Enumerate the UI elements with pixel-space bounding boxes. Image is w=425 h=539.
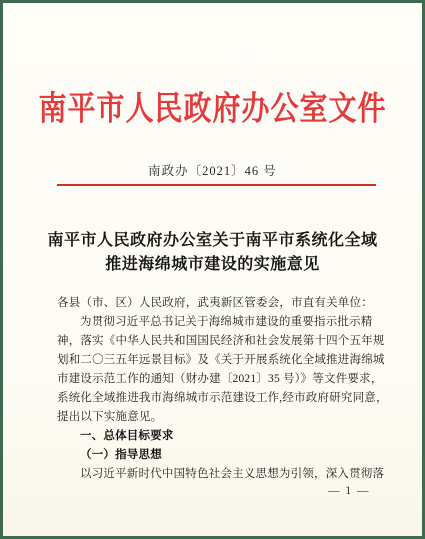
body-line: 为贯彻习近平总书记关于海绵城市建设的重要指示批示精 <box>57 313 379 332</box>
document-number: 南政办〔2021〕46 号 <box>3 161 422 179</box>
document-title-line2: 推进海绵城市建设的实施意见 <box>23 253 402 277</box>
body-line-recipients: 各县（市、区）人民政府，武夷新区管委会，市直有关单位： <box>57 294 379 313</box>
page-number: — 1 — <box>328 485 370 497</box>
body-heading-section-1: 一、总体目标要求 <box>57 427 379 446</box>
body-line: 划和二〇三五年远景目标》及《关于开展系统化全域推进海绵城 <box>57 351 379 370</box>
body-line: 提出以下实施意见。 <box>57 408 379 427</box>
document-title-line1: 南平市人民政府办公室关于南平市系统化全域 <box>23 229 402 253</box>
document-page: 南平市人民政府办公室文件 南政办〔2021〕46 号 南平市人民政府办公室关于南… <box>0 0 425 539</box>
body-line: 神，落实《中华人民共和国国民经济和社会发展第十四个五年规 <box>57 332 379 351</box>
red-divider-rule <box>57 184 376 186</box>
red-header-org-title: 南平市人民政府办公室文件 <box>3 83 422 130</box>
document-body: 各县（市、区）人民政府，武夷新区管委会，市直有关单位： 为贯彻习近平总书记关于海… <box>57 294 379 484</box>
body-heading-subsection-1: （一）指导思想 <box>57 446 379 465</box>
body-line: 系统化全域推进我市海绵城市示范建设工作,经市政府研究同意， <box>57 389 379 408</box>
body-line: 市建设示范工作的通知（财办建〔2021〕35 号）》等文件要求， <box>57 370 379 389</box>
body-line: 以习近平新时代中国特色社会主义思想为引领，深入贯彻落 <box>57 465 379 484</box>
document-title: 南平市人民政府办公室关于南平市系统化全域 推进海绵城市建设的实施意见 <box>23 229 402 277</box>
